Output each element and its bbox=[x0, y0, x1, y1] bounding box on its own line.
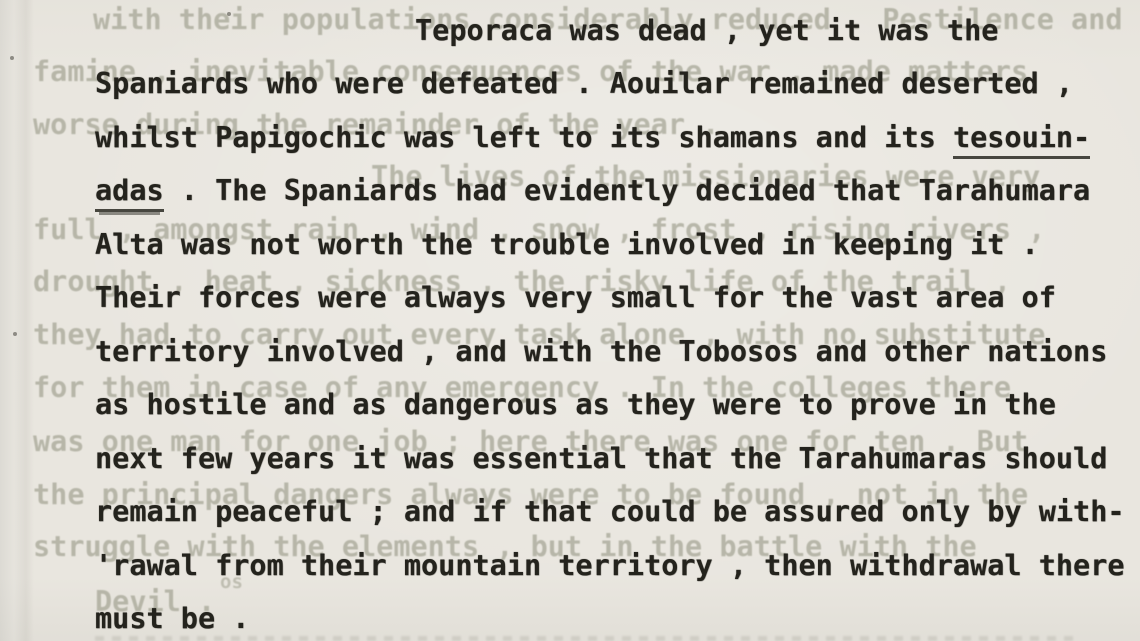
paper-speck bbox=[13, 332, 17, 336]
text-segment: as hostile and as dangerous as they were… bbox=[95, 388, 1056, 421]
text-segment: next few years it was essential that the… bbox=[95, 442, 1107, 475]
typed-text-line: adas . The Spaniards had evidently decid… bbox=[95, 177, 1090, 206]
text-segment: territory involved , and with the Toboso… bbox=[95, 335, 1107, 368]
text-segment: . The Spaniards had evidently decided th… bbox=[164, 174, 1091, 207]
paper-speck bbox=[10, 56, 14, 60]
typed-text-line: remain peaceful ; and if that could be a… bbox=[95, 498, 1125, 527]
bottom-edge-bleed-smudge bbox=[95, 636, 1075, 641]
typed-text-line: territory involved , and with the Toboso… bbox=[95, 338, 1107, 367]
text-segment: Spaniards who were defeated . Aouilar re… bbox=[95, 67, 1073, 100]
typed-text-line: next few years it was essential that the… bbox=[95, 445, 1107, 474]
underlined-word: adas bbox=[95, 174, 164, 212]
manuscript-page: with their populations considerably redu… bbox=[0, 0, 1140, 641]
typed-text-line: Teporaca was dead , yet it was the bbox=[415, 17, 998, 46]
text-segment: remain peaceful ; and if that could be a… bbox=[95, 495, 1125, 528]
typed-text-line: whilst Papigochic was left to its shaman… bbox=[95, 124, 1090, 153]
text-segment: Teporaca was dead , yet it was the bbox=[415, 14, 998, 47]
typed-text-line: Spaniards who were defeated . Aouilar re… bbox=[95, 70, 1073, 99]
text-segment: 'rawal from their mountain territory , t… bbox=[95, 549, 1125, 582]
text-segment: whilst Papigochic was left to its shaman… bbox=[95, 121, 953, 154]
underlined-word: tesouin- bbox=[953, 121, 1090, 159]
text-segment: Alta was not worth the trouble involved … bbox=[95, 228, 1039, 261]
typed-text-line: Alta was not worth the trouble involved … bbox=[95, 231, 1039, 260]
typed-text-line: Their forces were always very small for … bbox=[95, 284, 1056, 313]
typed-text-line: must be . bbox=[95, 605, 249, 634]
typed-text-line: 'rawal from their mountain territory , t… bbox=[95, 552, 1125, 581]
text-segment: must be . bbox=[95, 602, 249, 635]
typewritten-text-layer: with their populations considerably redu… bbox=[0, 0, 1140, 641]
paper-speck bbox=[227, 12, 231, 16]
typed-text-line: as hostile and as dangerous as they were… bbox=[95, 391, 1056, 420]
text-segment: Their forces were always very small for … bbox=[95, 281, 1056, 314]
